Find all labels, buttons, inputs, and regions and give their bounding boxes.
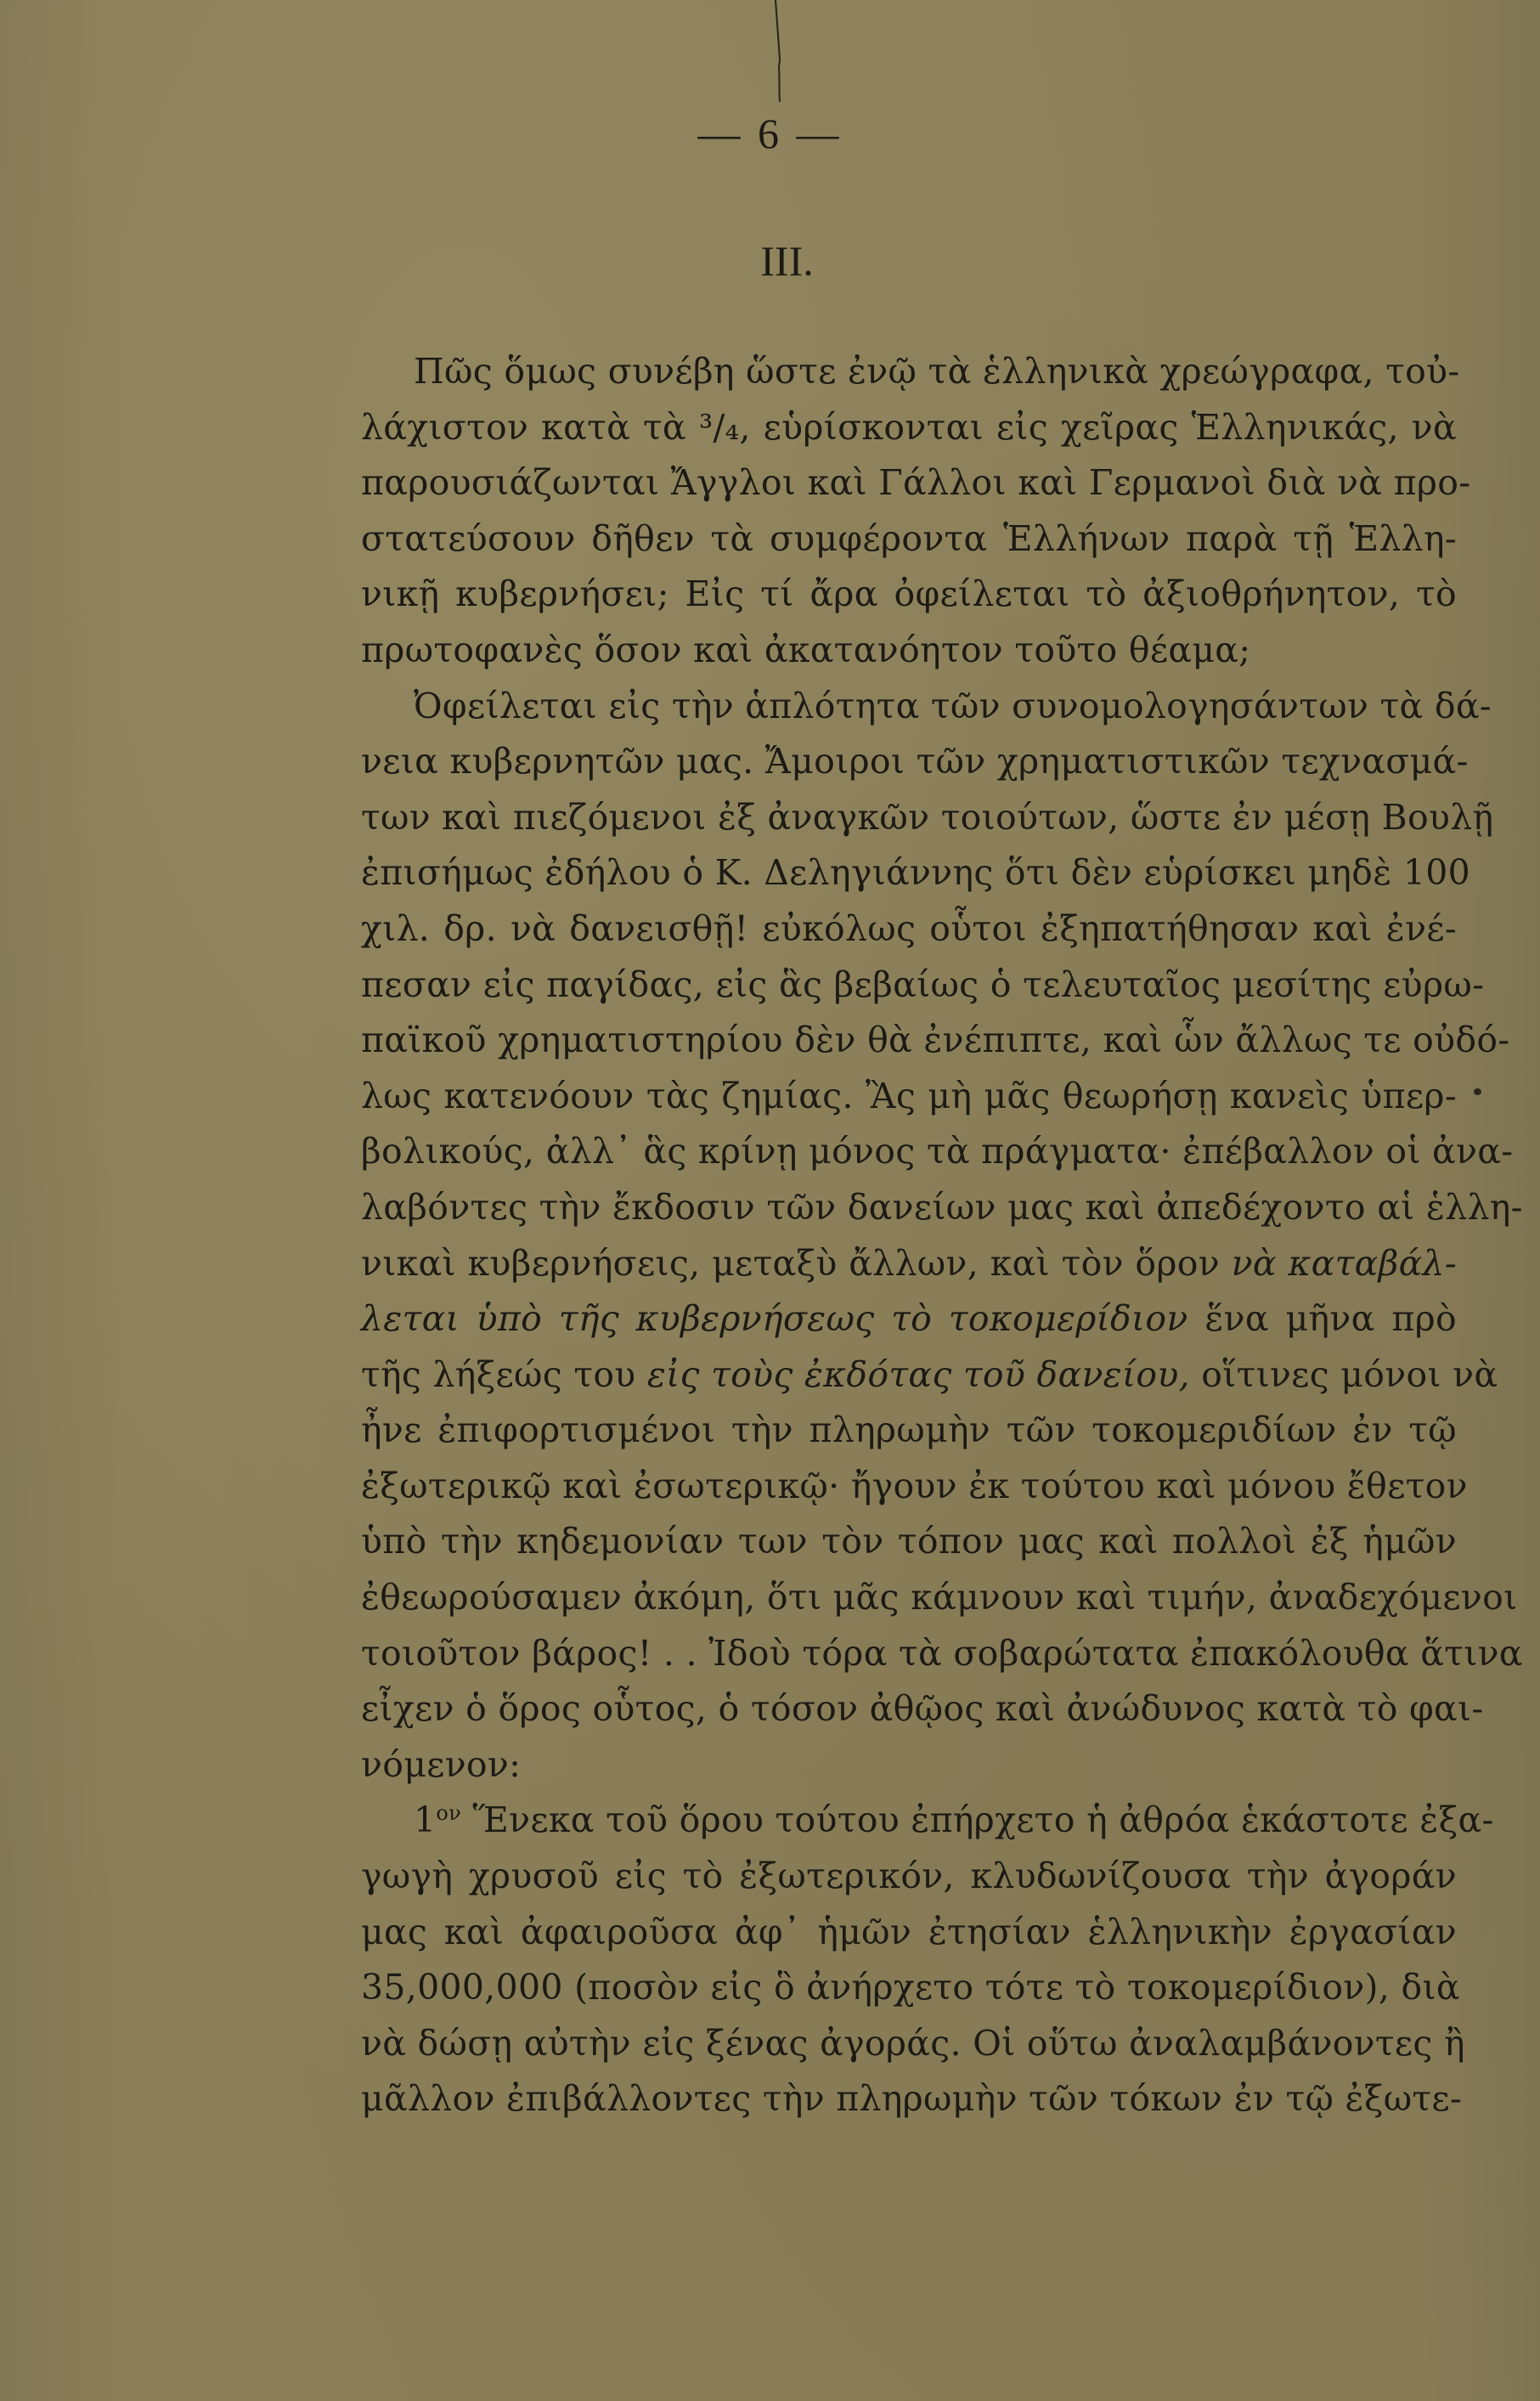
text-line: 1ον Ἕνεκα τοῦ ὅρου τούτου ἐπήρχετο ἡ ἀθρ…: [361, 1793, 1457, 1849]
scanned-book-page: — 6 — III. Πῶς ὅμως συνέβη ὥστε ἐνῷ τὰ ἑ…: [0, 0, 1540, 2401]
text-line: στατεύσουν δῆθεν τὰ συμφέροντα Ἑλλήνων π…: [361, 511, 1457, 568]
text-line: νεια κυβερνητῶν μας. Ἄμοιροι τῶν χρηματι…: [361, 734, 1457, 790]
italic-span: λεται ὑπὸ τῆς κυβερνήσεως τὸ τοκομερίδιο…: [361, 1298, 1188, 1339]
text-span: οἵτινες μόνοι νὰ: [1190, 1354, 1498, 1395]
paragraph-2: Ὀφείλεται εἰς τὴν ἁπλότητα τῶν συνομολογ…: [361, 679, 1457, 1794]
text-line: λάχιστον κατὰ τὰ ³/₄, εὑρίσκονται εἰς χε…: [361, 400, 1457, 456]
text-line: νικῇ κυβερνήσει; Εἰς τί ἄρα ὀφείλεται τὸ…: [361, 567, 1457, 623]
text-line: λως κατενόουν τὰς ζημίας. Ἂς μὴ μᾶς θεωρ…: [361, 1069, 1457, 1125]
text-line: ἦνε ἐπιφορτισμένοι τὴν πληρωμὴν τῶν τοκο…: [361, 1403, 1457, 1459]
text-line: Ὀφείλεται εἰς τὴν ἁπλότητα τῶν συνομολογ…: [361, 679, 1457, 735]
text-span: Ἕνεκα τοῦ ὅρου τούτου ἐπήρχετο ἡ ἀθρόα ἑ…: [472, 1799, 1493, 1840]
text-line: ἐθεωρούσαμεν ἀκόμη, ὅτι μᾶς κάμνουν καὶ …: [361, 1570, 1457, 1626]
paragraph-1: Πῶς ὅμως συνέβη ὥστε ἐνῷ τὰ ἑλληνικὰ χρε…: [361, 344, 1457, 679]
pencil-stroke-mark: [775, 0, 781, 104]
text-span: νικαὶ κυβερνήσεις, μεταξὺ ἄλλων, καὶ τὸν…: [361, 1243, 1232, 1284]
text-line: νόμενον:: [361, 1737, 1457, 1794]
paragraph-3: 1ον Ἕνεκα τοῦ ὅρου τούτου ἐπήρχετο ἡ ἀθρ…: [361, 1793, 1457, 2127]
text-line: μας καὶ ἀφαιροῦσα ἀφ᾽ ἡμῶν ἐτησίαν ἑλλην…: [361, 1905, 1457, 1961]
list-marker-number: 1: [414, 1799, 436, 1840]
text-line: 35,000,000 (ποσὸν εἰς ὃ ἀνήρχετο τότε τὸ…: [361, 1960, 1457, 2016]
text-line: ὑπὸ τὴν κηδεμονίαν των τὸν τόπον μας καὶ…: [361, 1514, 1457, 1570]
list-marker-suffix: ον: [436, 1801, 461, 1825]
text-line: εἶχεν ὁ ὅρος οὗτος, ὁ τόσον ἀθῷος καὶ ἀν…: [361, 1681, 1457, 1737]
page-number: — 6 —: [0, 109, 1540, 158]
text-line: νικαὶ κυβερνήσεις, μεταξὺ ἄλλων, καὶ τὸν…: [361, 1236, 1457, 1292]
section-heading: III.: [0, 236, 1540, 285]
italic-span: νὰ καταβάλ-: [1232, 1243, 1457, 1284]
text-line: τοιοῦτον βάρος! . . Ἰδοὺ τόρα τὰ σοβαρώτ…: [361, 1626, 1457, 1682]
text-line: λεται ὑπὸ τῆς κυβερνήσεως τὸ τοκομερίδιο…: [361, 1291, 1457, 1347]
text-line: γωγὴ χρυσοῦ εἰς τὸ ἐξωτερικόν, κλυδωνίζο…: [361, 1849, 1457, 1905]
text-line: μᾶλλον ἐπιβάλλοντες τὴν πληρωμὴν τῶν τόκ…: [361, 2071, 1457, 2127]
list-marker: 1ον: [414, 1799, 461, 1840]
text-line: ἐπισήμως ἐδήλου ὁ Κ. Δεληγιάννης ὅτι δὲν…: [361, 845, 1457, 901]
text-line: παρουσιάζωνται Ἄγγλοι καὶ Γάλλοι καὶ Γερ…: [361, 455, 1457, 511]
text-line: πρωτοφανὲς ὅσον καὶ ἀκατανόητον τοῦτο θέ…: [361, 623, 1457, 679]
text-line: Πῶς ὅμως συνέβη ὥστε ἐνῷ τὰ ἑλληνικὰ χρε…: [361, 344, 1457, 400]
text-line: παϊκοῦ χρηματιστηρίου δὲν θὰ ἐνέπιπτε, κ…: [361, 1013, 1457, 1069]
text-line: των καὶ πιεζόμενοι ἐξ ἀναγκῶν τοιούτων, …: [361, 790, 1457, 846]
text-line: τῆς λήξεώς του εἰς τοὺς ἐκδότας τοῦ δανε…: [361, 1347, 1457, 1404]
text-line: ἐξωτερικῷ καὶ ἐσωτερικῷ· ἤγουν ἐκ τούτου…: [361, 1459, 1457, 1515]
text-line: λαβόντες τὴν ἔκδοσιν τῶν δανείων μας καὶ…: [361, 1180, 1457, 1236]
text-span: ἕνα μῆνα πρὸ: [1188, 1298, 1457, 1339]
italic-span: εἰς τοὺς ἐκδότας τοῦ δανείου,: [647, 1354, 1190, 1395]
ink-spot-mark: [1474, 1088, 1481, 1095]
text-line: νὰ δώσῃ αὐτὴν εἰς ξένας ἀγοράς. Οἱ οὕτω …: [361, 2016, 1457, 2072]
text-span: τῆς λήξεώς του: [361, 1354, 647, 1395]
body-text: Πῶς ὅμως συνέβη ὥστε ἐνῷ τὰ ἑλληνικὰ χρε…: [361, 344, 1457, 2127]
text-line: πεσαν εἰς παγίδας, εἰς ἃς βεβαίως ὁ τελε…: [361, 958, 1457, 1014]
text-line: βολικούς, ἀλλ᾽ ἃς κρίνῃ μόνος τὰ πράγματ…: [361, 1124, 1457, 1180]
text-line: χιλ. δρ. νὰ δανεισθῇ! εὐκόλως οὗτοι ἐξηπ…: [361, 901, 1457, 958]
